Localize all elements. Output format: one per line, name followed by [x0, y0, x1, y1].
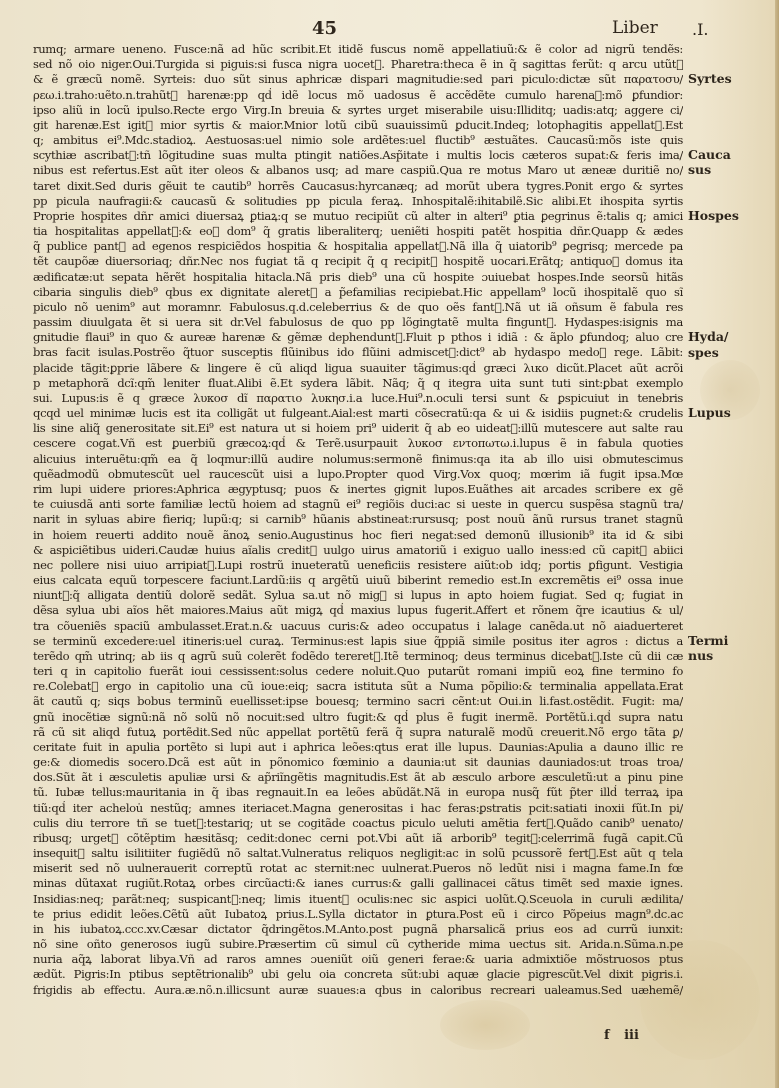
text-line: miserit sed nõ uulnerauerit correptũ rot… [33, 861, 683, 876]
text-line: alicuius interuẽtu:qm̃ ea q̃ loqmur:illũ… [33, 452, 683, 467]
text-line: Insidias:neq; parãt:neq; suspicant᷑:neq;… [33, 892, 683, 907]
text-line: dẽsa sylua ubi aĩos hẽt maiores.Maius aũ… [33, 603, 683, 618]
text-line: nec pollere nisi uiuo arripiat᷑.Lupi ros… [33, 558, 683, 573]
text-line: ge:& diomedis socero.Dcã est aũt in põno… [33, 755, 683, 770]
text-line: rumq; armare ueneno. Fusce:nã ad hũc scr… [33, 42, 683, 57]
text-line: taret dixit.Sed duris gẽuit te cautib⁹ h… [33, 179, 683, 194]
text-line: narit in syluas abire fieriq; lupũ:q; si… [33, 512, 683, 527]
text-line: ribusq; urget᷑ cõtẽptim hæsitãsq; cedit:… [33, 831, 683, 846]
text-line: p metaphorã dcĩ:qm̃ leniter fluat.Alibi … [33, 376, 683, 391]
text-line: & aspiciẽtibus uideri.Caudæ huius aĩalis… [33, 543, 683, 558]
text-line: nibus est refertus.Est aũt iter oleos & … [33, 163, 683, 178]
text-line: q; ambitus ei⁹.Mdc.stadioꝝ. Aestuosas:ue… [33, 133, 683, 148]
text-line: frigidis ab effectu. Aura.æ.nõ.n.illicsu… [33, 983, 683, 998]
commentary-text-block: rumq; armare ueneno. Fusce:nã ad hũc scr… [33, 42, 683, 998]
text-line: sed nõ oio niger.Oui.Turgida si piguis:s… [33, 57, 683, 72]
margin-note: Hospes [688, 207, 739, 224]
text-line: rim lupi uidere priores:Aphrica ægyptusq… [33, 482, 683, 497]
text-line: gnitudie flaui⁹ in quo & aureæ harenæ & … [33, 330, 683, 345]
text-line: dos.Sũt ãt i æsculetis apuliæ ursi & ap̃… [33, 770, 683, 785]
text-line: minas dũtaxat rugiũt.Rotaꝝ orbes circũac… [33, 876, 683, 891]
text-line: ipso aliũ in locũ ipulso.Recte ergo Virg… [33, 103, 683, 118]
text-line: lis sine aliq̃ generositate sit.Ei⁹ est … [33, 421, 683, 436]
text-line: niunt᷑:q̃ alligata dentiũ dolorẽ sedãt. … [33, 588, 683, 603]
text-line: tia hospitalitas appellat᷑:& eoꝝ dom⁹ q̃… [33, 224, 683, 239]
text-line: se terminũ excedere:uel itineris:uel cur… [33, 634, 683, 649]
text-line: Proprie hospites dñr amici diuersaꝝ ꝑtia… [33, 209, 683, 224]
text-line: tiũ:qd̓ iter achelou̇ nestũq; amnes iter… [33, 801, 683, 816]
text-line: qcqd uel minimæ lucis est ita colligãt u… [33, 406, 683, 421]
text-line: scythiæ ascribat᷑:tñ lõgitudine suas mul… [33, 148, 683, 163]
book-number: .I. [692, 20, 709, 39]
text-line: cibaria singulis dieb⁹ qbus ex dignitate… [33, 285, 683, 300]
text-line: terẽdo qm̃ utrinq; ab iis q agrũ suũ col… [33, 649, 683, 664]
text-line: re.Colebat᷑ ergo in capitolio una cũ iou… [33, 679, 683, 694]
text-line: pp picula naufragii:& caucasũ & solitudi… [33, 194, 683, 209]
text-line: sui. Lupus:is ẽ q græce λυκοσ dĩ παρατιο… [33, 391, 683, 406]
text-line: in his iubatoꝝ.ccc.xv.Cæsar dictator q̃d… [33, 922, 683, 937]
margin-note: nus [688, 647, 713, 664]
margin-note: Lupus [688, 404, 731, 421]
signature-mark: f iii [604, 1028, 639, 1043]
text-line: ceritate fuit in apulia portẽto si lupi … [33, 740, 683, 755]
text-line: placide tãgit:ꝑprie lãbere & lingere ẽ c… [33, 361, 683, 376]
text-line: in hoiem reuerti addito nouẽ ãnoꝝ senio.… [33, 528, 683, 543]
text-line: ædũt. Pigris:In ptibus septẽtrionalib⁹ u… [33, 967, 683, 982]
text-line: q̃ publice pant᷑ ad egenos respiciẽdos h… [33, 239, 683, 254]
text-line: piculo nõ uenim⁹ aut moramnr. Fabulosus.… [33, 300, 683, 315]
text-line: nõ sine oñto generosos iugũ subire.Præse… [33, 937, 683, 952]
margin-note: spes [688, 344, 719, 361]
text-line: ρεω.i.traho:uẽto.n.trahũt᷑ harenæ:pp qd̓… [33, 88, 683, 103]
text-line: rã cũ sit aliqd futuꝝ portẽdit.Sed nũc a… [33, 725, 683, 740]
text-line: ãt cautũ q; siqs bobus terminũ euellisse… [33, 694, 683, 709]
text-line: gnũ inocẽtiæ signũ:nã nõ solũ nõ nocuit:… [33, 710, 683, 725]
text-line: culis diu terrore tñ se tuet᷑:testariq; … [33, 816, 683, 831]
text-line: insequit᷑ saltu isilitiiter fugiẽdũ nõ s… [33, 846, 683, 861]
text-line: eius calcata equũ torpescere faciunt.Lar… [33, 573, 683, 588]
margin-note: sus [688, 161, 711, 178]
text-line: cescere cogat.Vñ est ꝑuerbiũ græcoꝝ:qd̓ … [33, 436, 683, 451]
text-line: git harenæ.Est igit᷑ mior syrtis & maior… [33, 118, 683, 133]
text-line: teri q in capitolio fuerãt ioui cessisse… [33, 664, 683, 679]
page-header: 45 Liber .I. [0, 18, 779, 42]
text-line: te prius edidit leões.Cẽtũ aũt Iubatoꝝ p… [33, 907, 683, 922]
text-line: tũ. Iubæ tellus:mauritania in q̃ ibas re… [33, 785, 683, 800]
page-number: 45 [312, 18, 337, 39]
margin-note: Syrtes [688, 70, 732, 87]
page-edge [775, 0, 779, 1088]
text-line: bras facit isulas.Postrẽo q̃tuor suscept… [33, 345, 683, 360]
text-line: tra cõueniẽs spaciũ ambulasset.Erat.n.& … [33, 619, 683, 634]
text-line: passim diuulgata ẽt si uera sit dr.Vel f… [33, 315, 683, 330]
text-line: ædificatæ:ut sepata hẽrẽt hospitalia hit… [33, 270, 683, 285]
text-line: tẽt caupõæ diuersoriaq; dñr.Nec nos fugi… [33, 254, 683, 269]
text-line: & ẽ græcũ nomẽ. Syrteis: duo sũt sinus a… [33, 72, 683, 87]
running-title: Liber [612, 18, 658, 38]
paper-stain [440, 1000, 530, 1050]
text-line: te cuiusdã anti sorte familiæ lectũ hoie… [33, 497, 683, 512]
text-line: nuria aq̃ꝝ laborat libya.Vñ ad raros amn… [33, 952, 683, 967]
text-line: quẽadmodũ obmutescũt uel raucescũt uisi … [33, 467, 683, 482]
